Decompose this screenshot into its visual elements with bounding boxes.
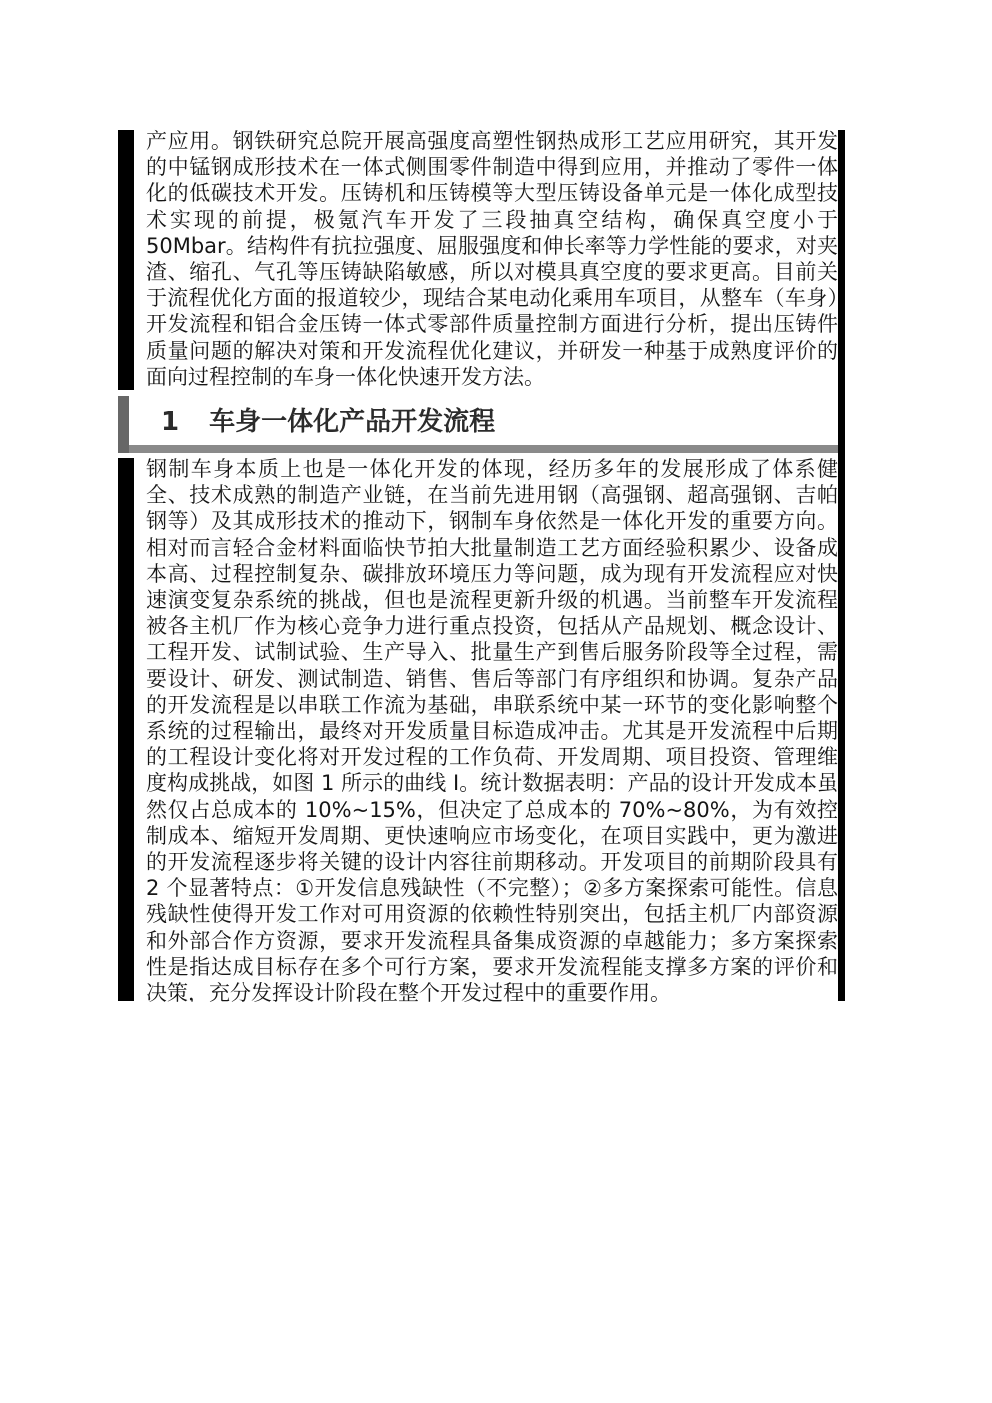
heading-bottom-shadow	[129, 445, 838, 453]
section-number: 1	[161, 407, 179, 437]
left-margin-bar-paragraph-2	[118, 458, 134, 1001]
section-heading: 1车身一体化产品开发流程	[129, 401, 495, 438]
section-title: 车身一体化产品开发流程	[209, 407, 495, 437]
paragraph-2: 钢制车身本质上也是一体化开发的体现，经历多年的发展形成了体系健全、技术成熟的制造…	[146, 456, 838, 1002]
left-margin-bar-paragraph-1	[118, 130, 134, 390]
right-vertical-rule	[838, 130, 845, 1001]
section-heading-band: 1车身一体化产品开发流程	[118, 394, 838, 453]
heading-box: 1车身一体化产品开发流程	[129, 394, 838, 445]
document-page: 产应用。钢铁研究总院开展高强度高塑性钢热成形工艺应用研究，其开发的中锰钢成形技术…	[0, 0, 992, 1403]
paragraph-1: 产应用。钢铁研究总院开展高强度高塑性钢热成形工艺应用研究，其开发的中锰钢成形技术…	[146, 128, 838, 390]
heading-left-accent-bar	[118, 396, 129, 453]
